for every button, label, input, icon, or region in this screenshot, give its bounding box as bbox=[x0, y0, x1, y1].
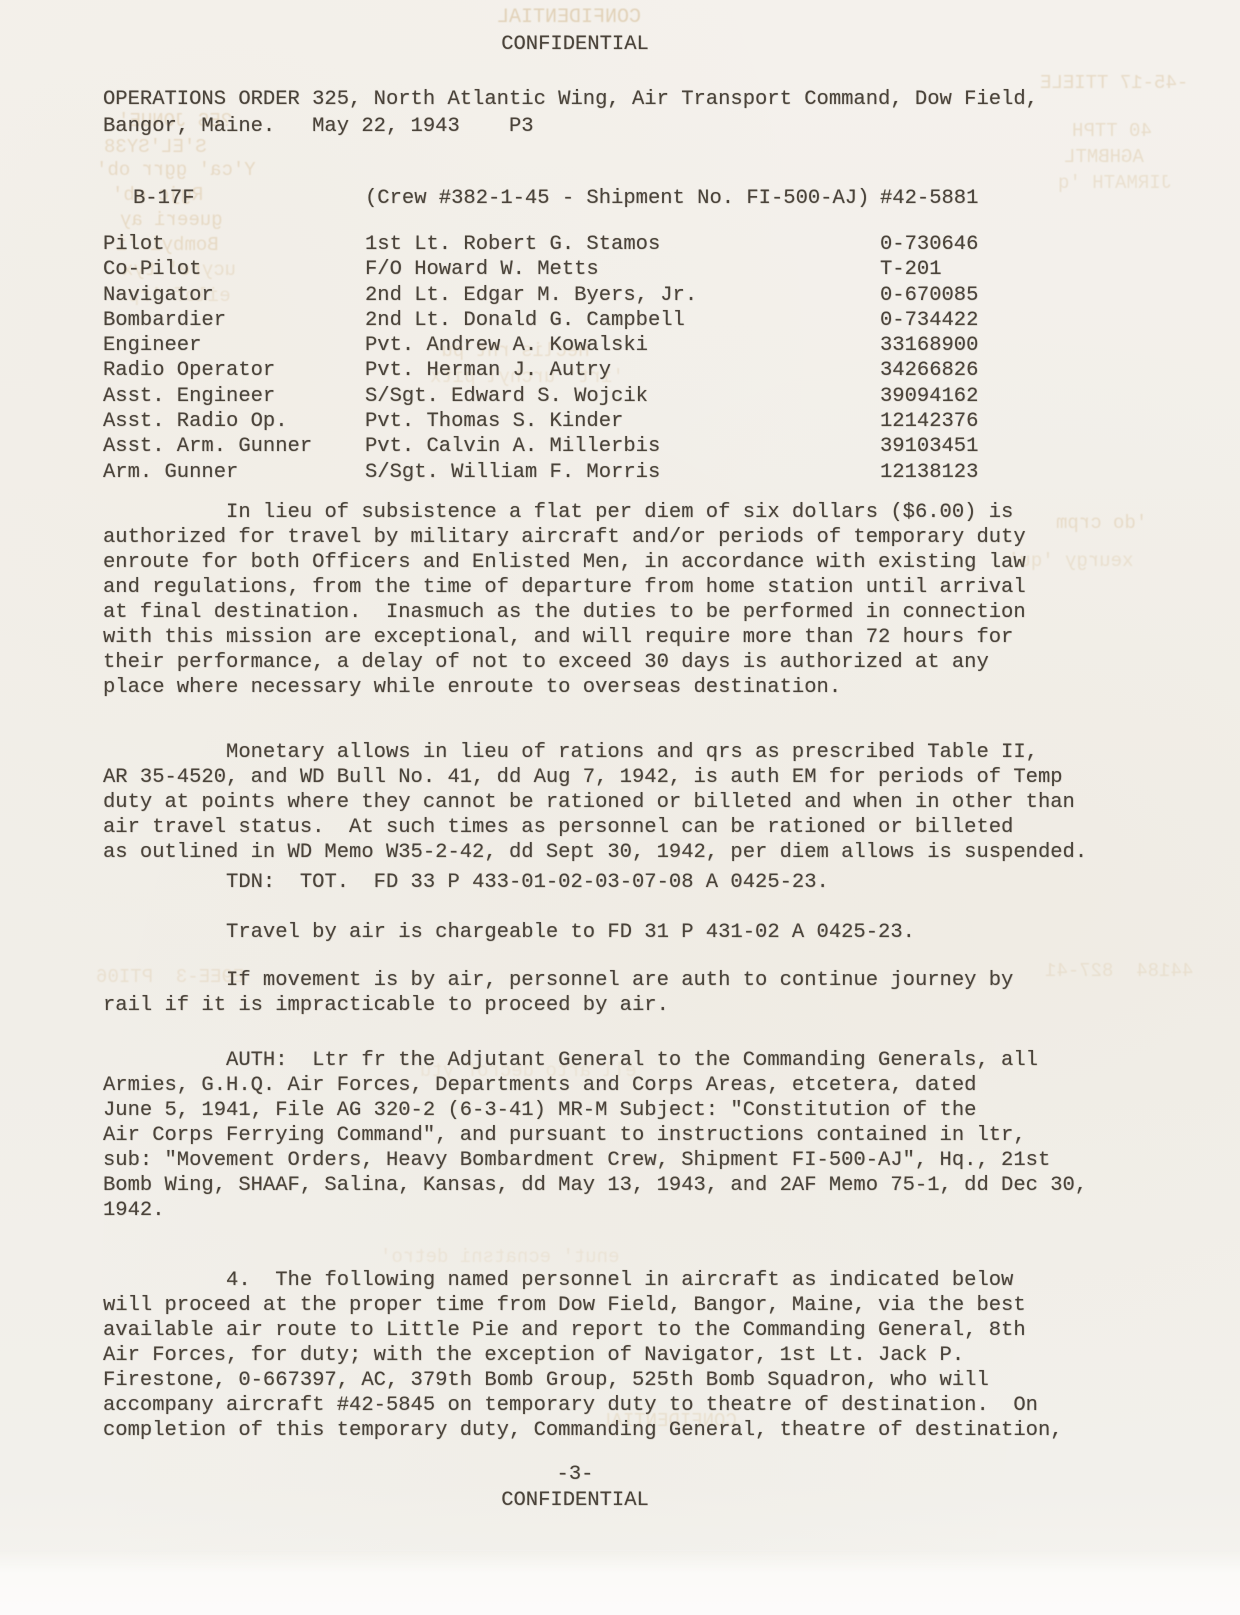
footer-classification: CONFIDENTIAL bbox=[0, 1488, 1150, 1513]
crew-role: Asst. Arm. Gunner bbox=[103, 434, 365, 459]
crew-shipment-number: (Crew #382-1-45 - Shipment No. FI-500-AJ… bbox=[365, 186, 880, 211]
crew-role: Asst. Radio Op. bbox=[103, 409, 365, 434]
crew-row: Radio Operator Pvt. Herman J. Autry 3426… bbox=[103, 358, 978, 383]
crew-serial-number: 12138123 bbox=[880, 460, 978, 485]
movement-order-paragraph: 4. The following named personnel in airc… bbox=[103, 1268, 1163, 1443]
movement-by-air-paragraph: If movement is by air, personnel are aut… bbox=[103, 968, 1163, 1018]
aircraft-row: B-17F (Crew #382-1-45 - Shipment No. FI-… bbox=[103, 186, 978, 211]
aircraft-model: B-17F bbox=[103, 186, 365, 211]
crew-role: Arm. Gunner bbox=[103, 460, 365, 485]
bleed-through-text: JIRMATH 'q bbox=[1058, 172, 1172, 195]
crew-role: Co-Pilot bbox=[103, 257, 365, 282]
aircraft-tail-number: #42-5881 bbox=[880, 186, 978, 211]
crew-serial-number: 39103451 bbox=[880, 434, 978, 459]
crew-serial-number: 39094162 bbox=[880, 384, 978, 409]
bleed-through-text: AGHBMTL bbox=[1064, 146, 1144, 169]
crew-serial-number: 0-734422 bbox=[880, 308, 978, 333]
crew-row: Arm. Gunner S/Sgt. William F. Morris 121… bbox=[103, 460, 978, 485]
crew-member-name: Pvt. Herman J. Autry bbox=[365, 358, 880, 383]
crew-row: Navigator 2nd Lt. Edgar M. Byers, Jr. 0-… bbox=[103, 283, 978, 308]
crew-role: Engineer bbox=[103, 333, 365, 358]
crew-serial-number: 33168900 bbox=[880, 333, 978, 358]
crew-member-name: S/Sgt. William F. Morris bbox=[365, 460, 880, 485]
crew-role: Pilot bbox=[103, 232, 365, 257]
crew-row: Bombardier 2nd Lt. Donald G. Campbell 0-… bbox=[103, 308, 978, 333]
crew-serial-number: 12142376 bbox=[880, 409, 978, 434]
crew-row: Asst. Engineer S/Sgt. Edward S. Wojcik 3… bbox=[103, 384, 978, 409]
bleed-through-text: Y'ca' ggrr ob' bbox=[96, 159, 256, 182]
crew-member-name: 1st Lt. Robert G. Stamos bbox=[365, 232, 880, 257]
crew-serial-number: 0-670085 bbox=[880, 283, 978, 308]
crew-serial-number: 34266826 bbox=[880, 358, 978, 383]
crew-member-name: S/Sgt. Edward S. Wojcik bbox=[365, 384, 880, 409]
crew-role: Bombardier bbox=[103, 308, 365, 333]
crew-role: Radio Operator bbox=[103, 358, 365, 383]
crew-member-name: Pvt. Calvin A. Millerbis bbox=[365, 434, 880, 459]
bleed-through-text: CONFIDENTIAL bbox=[497, 6, 641, 29]
classification-header: CONFIDENTIAL bbox=[0, 32, 1150, 57]
document-page: CONFIDENTIAL ?ES JONUE' S'EL'SY38 Y'ca' … bbox=[0, 0, 1240, 1615]
order-header: OPERATIONS ORDER 325, North Atlantic Win… bbox=[103, 86, 1163, 140]
authority-paragraph: AUTH: Ltr fr the Adjutant General to the… bbox=[103, 1048, 1163, 1223]
crew-member-name: Pvt. Andrew A. Kowalski bbox=[365, 333, 880, 358]
scan-bottom-edge bbox=[0, 1550, 1240, 1615]
crew-member-name: F/O Howard W. Metts bbox=[365, 257, 880, 282]
crew-row: Asst. Arm. Gunner Pvt. Calvin A. Millerb… bbox=[103, 434, 978, 459]
crew-row: Pilot 1st Lt. Robert G. Stamos 0-730646 bbox=[103, 232, 978, 257]
bleed-through-text: enut' ecnatsni detro' bbox=[380, 1246, 619, 1269]
tdn-funding-line: TDN: TOT. FD 33 P 433-01-02-03-07-08 A 0… bbox=[103, 870, 1163, 895]
crew-serial-number: T-201 bbox=[880, 257, 978, 282]
footer-page-number: -3- bbox=[0, 1462, 1150, 1487]
crew-role: Asst. Engineer bbox=[103, 384, 365, 409]
crew-member-name: Pvt. Thomas S. Kinder bbox=[365, 409, 880, 434]
crew-serial-number: 0-730646 bbox=[880, 232, 978, 257]
crew-row: Asst. Radio Op. Pvt. Thomas S. Kinder 12… bbox=[103, 409, 978, 434]
crew-member-name: 2nd Lt. Edgar M. Byers, Jr. bbox=[365, 283, 880, 308]
bleed-through-text: gueeri ay bbox=[120, 209, 223, 232]
monetary-allowance-paragraph: Monetary allows in lieu of rations and q… bbox=[103, 740, 1163, 865]
crew-member-name: 2nd Lt. Donald G. Campbell bbox=[365, 308, 880, 333]
crew-row: Engineer Pvt. Andrew A. Kowalski 3316890… bbox=[103, 333, 978, 358]
subsistence-paragraph: In lieu of subsistence a flat per diem o… bbox=[103, 500, 1163, 700]
crew-roster: Pilot 1st Lt. Robert G. Stamos 0-730646 … bbox=[103, 232, 978, 485]
travel-chargeable-line: Travel by air is chargeable to FD 31 P 4… bbox=[103, 920, 1163, 945]
crew-role: Navigator bbox=[103, 283, 365, 308]
crew-row: Co-Pilot F/O Howard W. Metts T-201 bbox=[103, 257, 978, 282]
